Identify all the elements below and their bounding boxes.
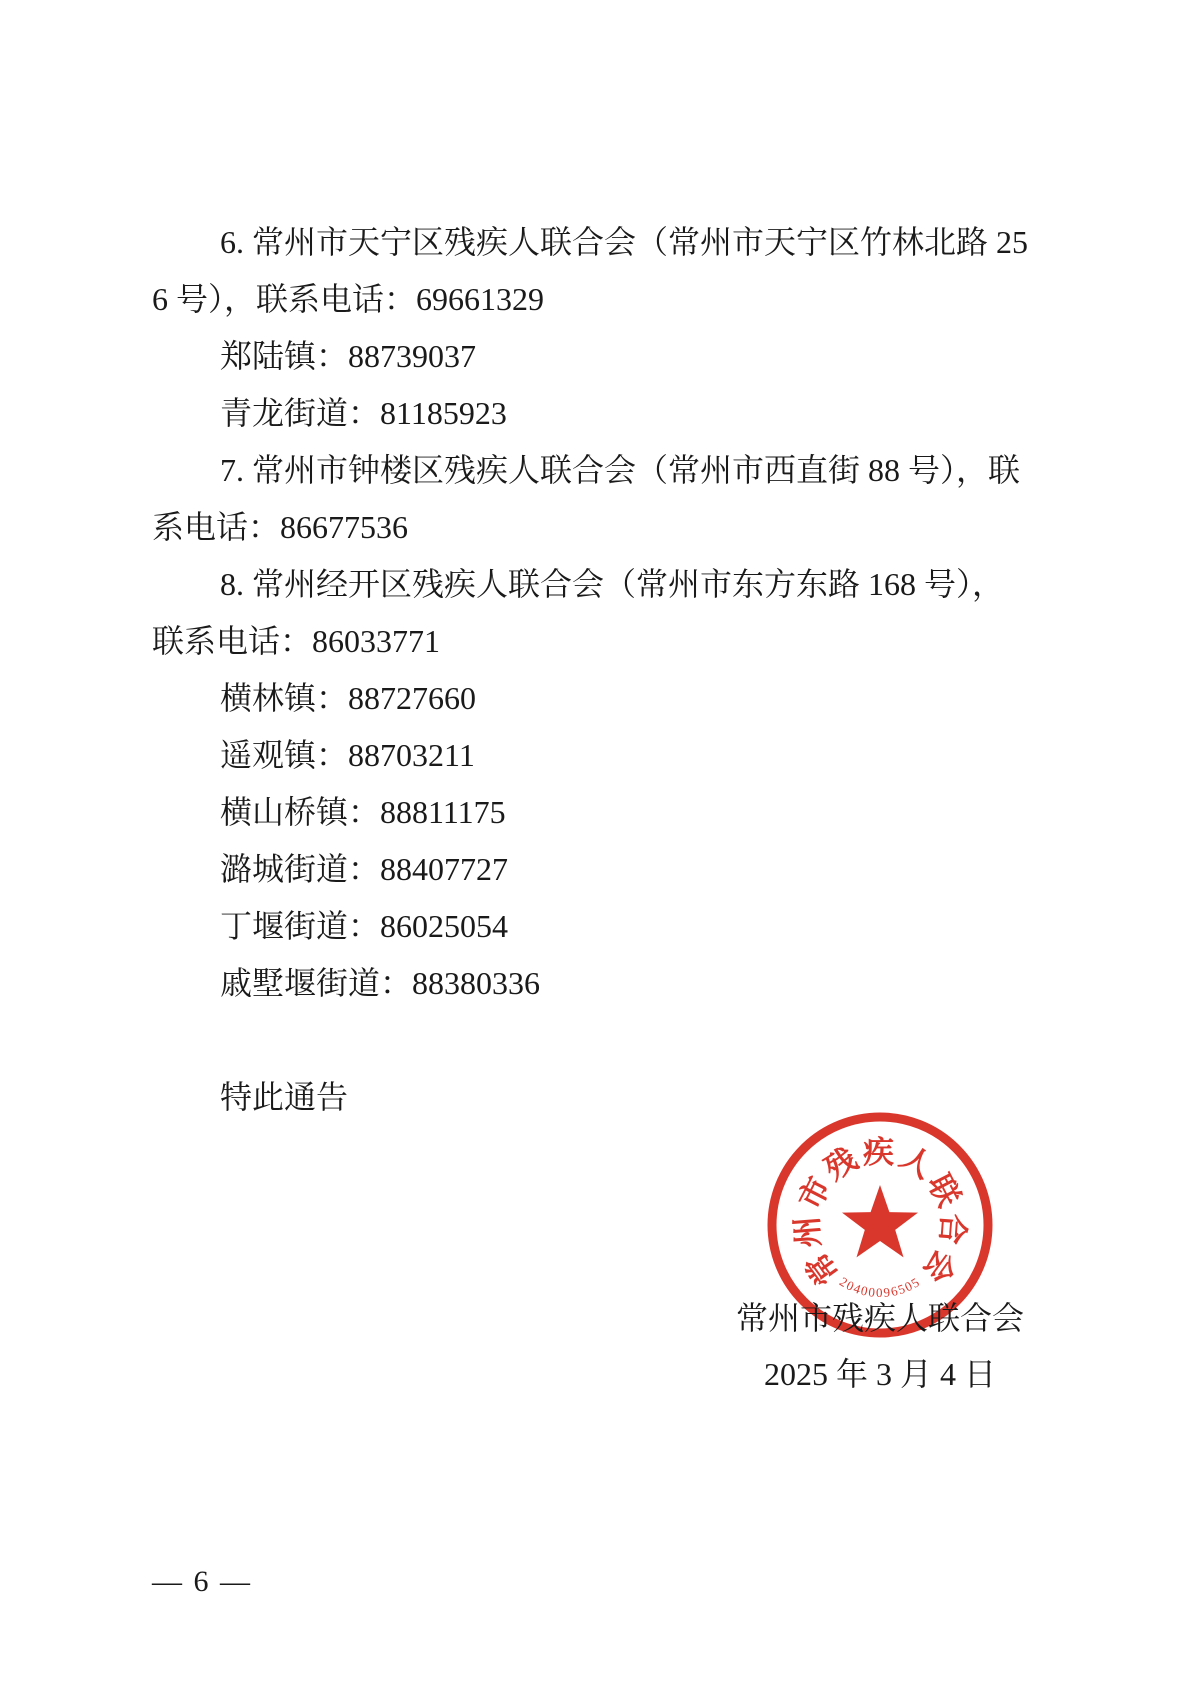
body-line: 横山桥镇：88811175 [152, 784, 1052, 841]
signature-org: 常州市残疾人联合会 [735, 1290, 1025, 1346]
body-line: 特此通告 [152, 1069, 1052, 1126]
body-line: 7. 常州市钟楼区残疾人联合会（常州市西直街 88 号），联 [152, 442, 1052, 499]
body-line: 6. 常州市天宁区残疾人联合会（常州市天宁区竹林北路 25 [152, 214, 1052, 271]
seal-ring-text-holder: 常州市残疾人联合会 [789, 1135, 971, 1292]
page-number: — 6 — [152, 1562, 252, 1602]
body-line: 横林镇：88727660 [152, 670, 1052, 727]
body-line: 丁堰街道：86025054 [152, 898, 1052, 955]
body-line: 戚墅堰街道：88380336 [152, 955, 1052, 1012]
signature-block: 常州市残疾人联合会 2025 年 3 月 4 日 [735, 1290, 1025, 1402]
body-line: 系电话：86677536 [152, 499, 1052, 556]
seal-ring-text: 常州市残疾人联合会 [789, 1135, 971, 1292]
body-line: 8. 常州经开区残疾人联合会（常州市东方东路 168 号）， [152, 556, 1052, 613]
document-page: 6. 常州市天宁区残疾人联合会（常州市天宁区竹林北路 256 号），联系电话：6… [0, 0, 1199, 1696]
body-line: 6 号），联系电话：69661329 [152, 271, 1052, 328]
body-line [152, 1012, 1052, 1069]
seal-code: 3204000965051 [760, 1101, 923, 1300]
body-line: 联系电话：86033771 [152, 613, 1052, 670]
star-icon [842, 1185, 918, 1257]
body-line: 遥观镇：88703211 [152, 727, 1052, 784]
seal-code-holder: 3204000965051 [760, 1101, 923, 1300]
body-line: 郑陆镇：88739037 [152, 328, 1052, 385]
document-body: 6. 常州市天宁区残疾人联合会（常州市天宁区竹林北路 256 号），联系电话：6… [152, 214, 1052, 1126]
body-line: 潞城街道：88407727 [152, 841, 1052, 898]
signature-date: 2025 年 3 月 4 日 [735, 1346, 1025, 1402]
body-line: 青龙街道：81185923 [152, 385, 1052, 442]
